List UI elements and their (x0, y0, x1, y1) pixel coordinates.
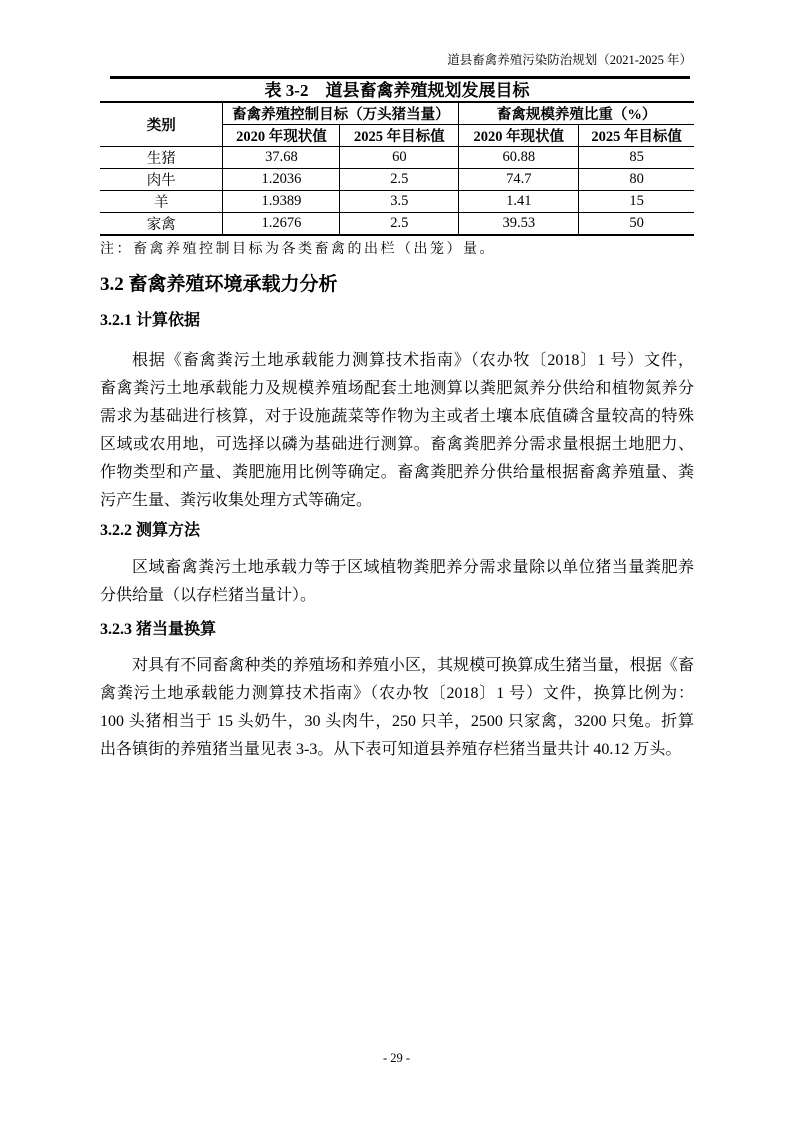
table-cell-value: 3.5 (340, 191, 459, 213)
header-divider (110, 76, 690, 79)
table-cell-value: 2.5 (340, 213, 459, 236)
paragraph-line: 对具有不同畜禽种类的养殖场和养殖小区，其规模可换算成生猪当量，根据《畜 (100, 652, 694, 680)
table-cell-value: 85 (579, 147, 694, 169)
page-header-text: 道县畜禽养殖污染防治规划（2021-2025 年） (100, 51, 694, 69)
table-cell-value: 37.68 (223, 147, 340, 169)
table-note: 注：畜禽养殖控制目标为各类畜禽的出栏（出笼）量。 (100, 241, 694, 259)
content-area: 道县畜禽养殖污染防治规划（2021-2025 年） 表 3-2 道县畜禽养殖规划… (100, 0, 694, 764)
table-subheader-2020-current: 2020 年现状值 (223, 125, 340, 147)
paragraph-line: 出各镇街的养殖猪当量见表 3-3。从下表可知道县养殖存栏猪当量共计 40.12 … (100, 736, 694, 764)
section-heading-3-2-2: 3.2.2 测算方法 (100, 518, 694, 544)
table-row-pig: 生猪 37.68 60 60.88 85 (100, 147, 694, 169)
table-cell-category: 羊 (100, 191, 223, 213)
paragraph-line: 根据《畜禽粪污土地承载能力测算技术指南》（农办牧〔2018〕1 号）文件， (100, 347, 694, 375)
table-header-group-scale-ratio: 畜禽规模养殖比重（%） (459, 102, 694, 125)
paragraph-line: 需求为基础进行核算，对于设施蔬菜等作物为主或者土壤本底值磷含量较高的特殊 (100, 403, 694, 431)
paragraph-line: 区域或农用地，可选择以磷为基础进行测算。畜禽粪肥养分需求量根据土地肥力、 (100, 431, 694, 459)
paragraph-line: 畜禽粪污土地承载能力及规模养殖场配套土地测算以粪肥氮养分供给和植物氮养分 (100, 375, 694, 403)
paragraph-line: 分供给量（以存栏猪当量计）。 (100, 582, 694, 610)
page-number: - 29 - (0, 1050, 793, 1067)
table-row-beef-cattle: 肉牛 1.2036 2.5 74.7 80 (100, 169, 694, 191)
table-row-poultry: 家禽 1.2676 2.5 39.53 50 (100, 213, 694, 236)
table-cell-value: 15 (579, 191, 694, 213)
section-heading-3-2: 3.2 畜禽养殖环境承载力分析 (100, 270, 694, 299)
paragraph-line: 作物类型和产量、粪肥施用比例等确定。畜禽粪肥养分供给量根据畜禽养殖量、粪 (100, 459, 694, 487)
table-subheader-2020-current: 2020 年现状值 (459, 125, 579, 147)
table-cell-value: 1.41 (459, 191, 579, 213)
paragraph-calculation-method: 区域畜禽粪污土地承载力等于区域植物粪肥养分需求量除以单位猪当量粪肥养 分供给量（… (100, 554, 694, 610)
table-group-header-row: 类别 畜禽养殖控制目标（万头猪当量） 畜禽规模养殖比重（%） (100, 102, 694, 125)
table-header-category: 类别 (100, 102, 223, 147)
document-page: 道县畜禽养殖污染防治规划（2021-2025 年） 表 3-2 道县畜禽养殖规划… (0, 0, 793, 1122)
table-title: 表 3-2 道县畜禽养殖规划发展目标 (100, 81, 694, 101)
table-header-group-control-target: 畜禽养殖控制目标（万头猪当量） (223, 102, 459, 125)
table-cell-value: 1.2036 (223, 169, 340, 191)
paragraph-calculation-basis: 根据《畜禽粪污土地承载能力测算技术指南》（农办牧〔2018〕1 号）文件， 畜禽… (100, 347, 694, 515)
table-cell-value: 74.7 (459, 169, 579, 191)
table-cell-value: 1.2676 (223, 213, 340, 236)
table-cell-value: 60 (340, 147, 459, 169)
paragraph-pig-equivalent-conversion: 对具有不同畜禽种类的养殖场和养殖小区，其规模可换算成生猪当量，根据《畜 禽粪污土… (100, 652, 694, 764)
table-cell-value: 39.53 (459, 213, 579, 236)
table-cell-value: 80 (579, 169, 694, 191)
paragraph-line: 区域畜禽粪污土地承载力等于区域植物粪肥养分需求量除以单位猪当量粪肥养 (100, 554, 694, 582)
table-row-sheep: 羊 1.9389 3.5 1.41 15 (100, 191, 694, 213)
table-cell-category: 肉牛 (100, 169, 223, 191)
table-cell-value: 50 (579, 213, 694, 236)
paragraph-line: 污产生量、粪污收集处理方式等确定。 (100, 487, 694, 515)
table-cell-value: 60.88 (459, 147, 579, 169)
paragraph-line: 禽粪污土地承载能力测算技术指南》（农办牧〔2018〕1 号）文件，换算比例为： (100, 680, 694, 708)
table-cell-value: 1.9389 (223, 191, 340, 213)
section-heading-3-2-1: 3.2.1 计算依据 (100, 308, 694, 334)
table-cell-category: 家禽 (100, 213, 223, 236)
table-subheader-2025-target: 2025 年目标值 (579, 125, 694, 147)
table-cell-category: 生猪 (100, 147, 223, 169)
paragraph-line: 100 头猪相当于 15 头奶牛，30 头肉牛，250 只羊，2500 只家禽，… (100, 708, 694, 736)
table-cell-value: 2.5 (340, 169, 459, 191)
livestock-target-table: 类别 畜禽养殖控制目标（万头猪当量） 畜禽规模养殖比重（%） 2020 年现状值… (100, 101, 694, 236)
section-heading-3-2-3: 3.2.3 猪当量换算 (100, 617, 694, 643)
table-subheader-2025-target: 2025 年目标值 (340, 125, 459, 147)
